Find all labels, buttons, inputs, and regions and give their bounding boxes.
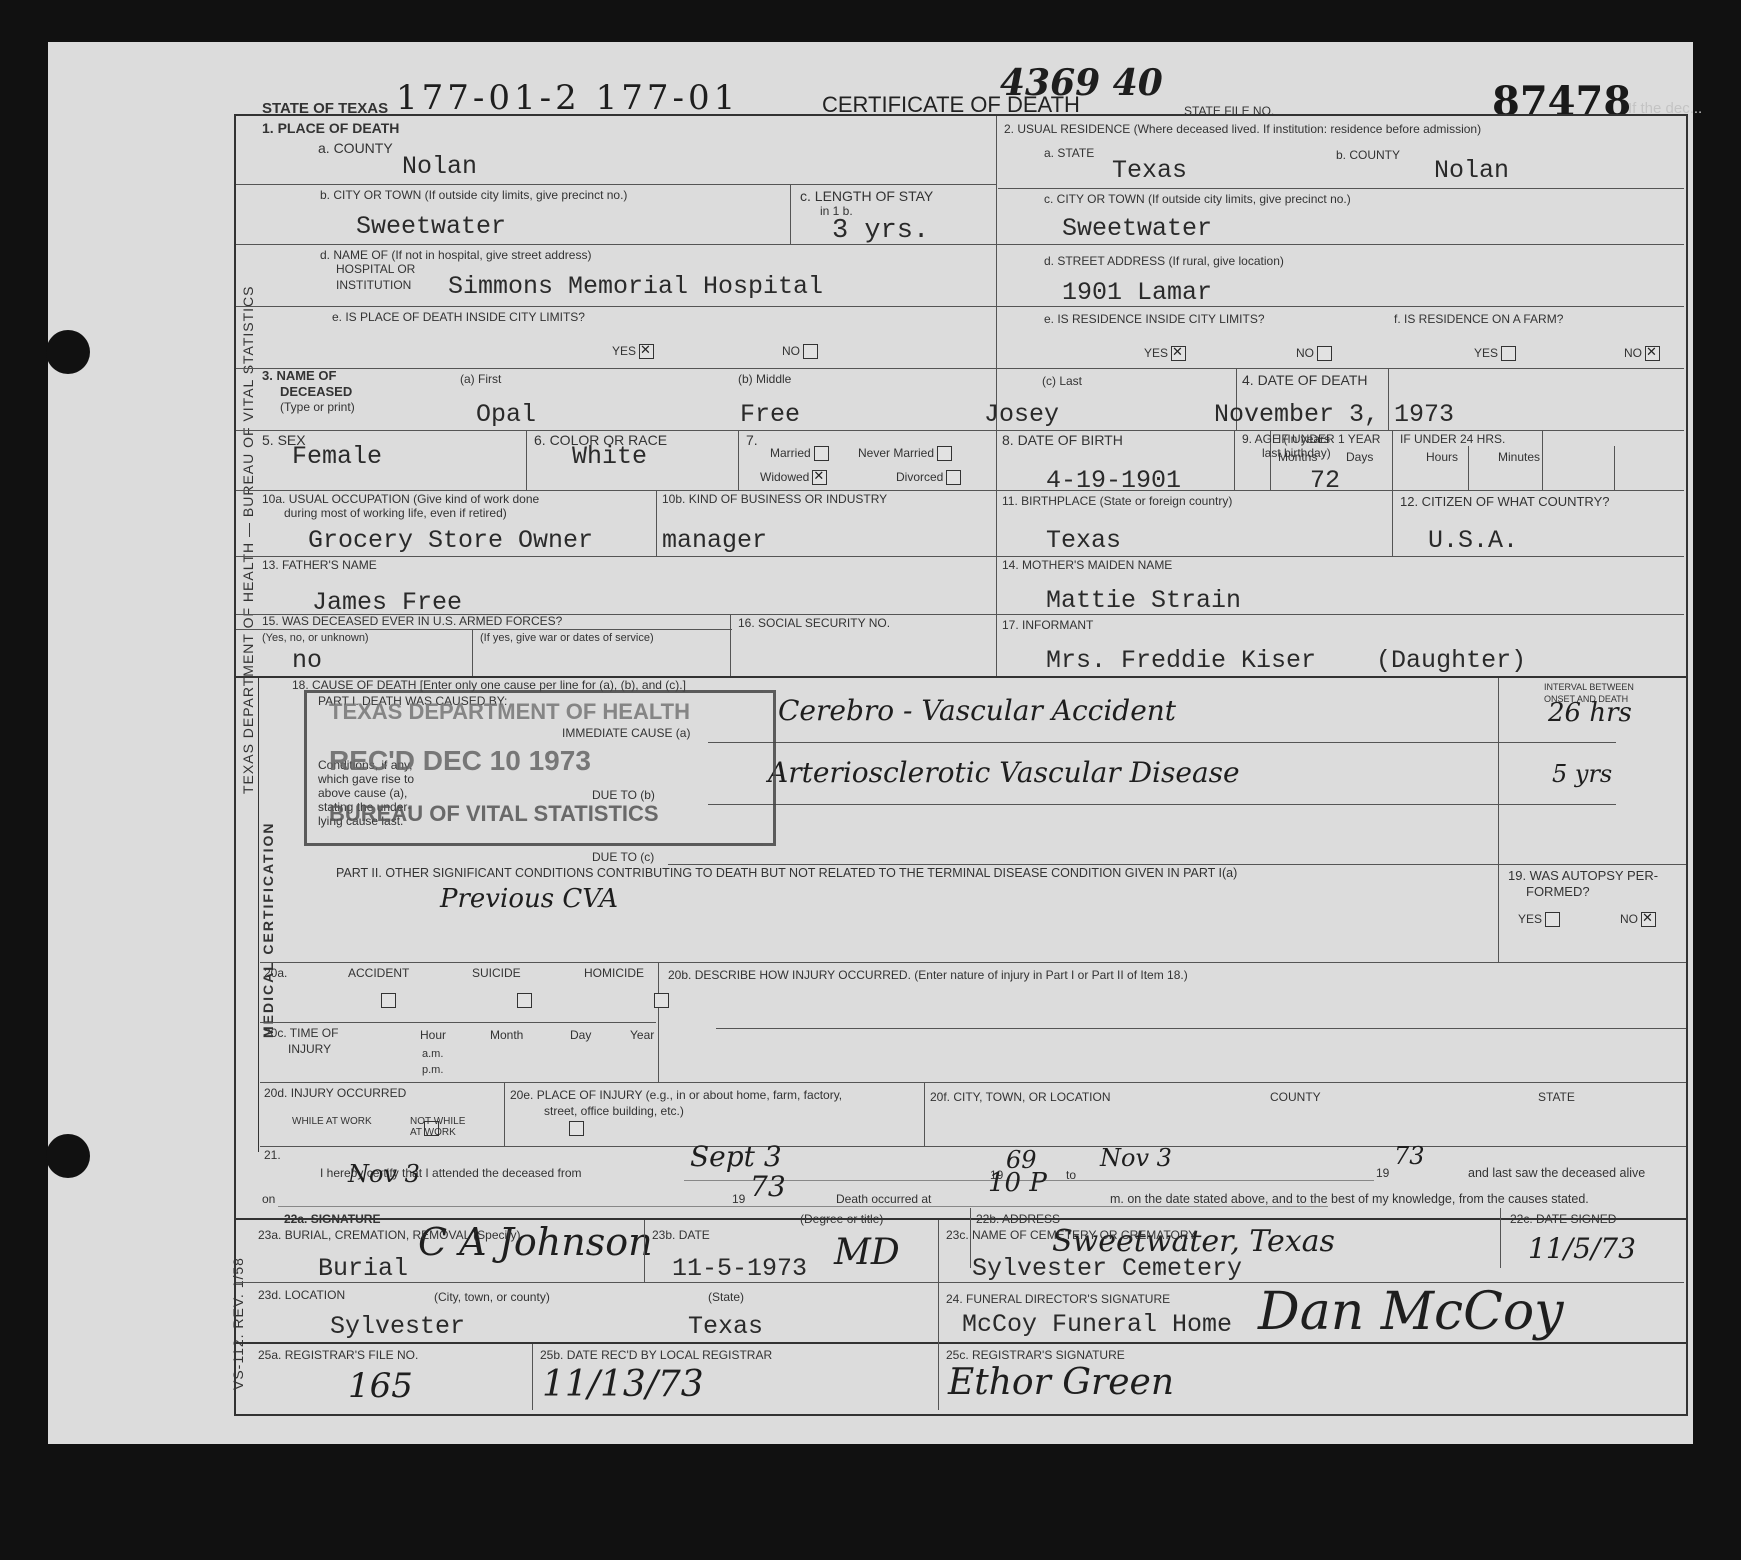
col-line [526,430,527,490]
marital-label: 7. [746,432,758,448]
name-label-1: 3. NAME OF [262,368,336,383]
widowed-option[interactable]: Widowed [760,470,827,485]
burial-date-label: 23b. DATE [652,1228,710,1242]
business-label: 10b. KIND OF BUSINESS OR INDUSTRY [662,492,887,506]
date-signed-label: 22c. DATE SIGNED [1510,1212,1616,1226]
occupation-label-2: during most of working life, even if ret… [284,506,507,520]
father-name-value[interactable]: James Free [312,588,462,617]
widowed-checkbox[interactable] [812,470,827,485]
registrar-file-label: 25a. REGISTRAR'S FILE NO. [258,1348,418,1362]
row-line [716,1028,1686,1029]
row-line [236,629,732,630]
death-inside-yes-checkbox[interactable] [639,344,654,359]
residence-inside-yes-checkbox[interactable] [1171,346,1186,361]
widowed-label: Widowed [760,470,809,484]
row-line [260,962,1686,963]
yes-label: YES [1518,912,1542,926]
injury-county-label: COUNTY [1270,1090,1321,1104]
registrar-signature[interactable]: Ethor Green [948,1362,1174,1403]
cert-text-2: and last saw the deceased alive [1468,1166,1645,1180]
minutes-label: Minutes [1498,450,1540,464]
no-label: NO [1624,346,1642,360]
farm-yes[interactable]: YES [1474,346,1516,361]
informant-value[interactable]: Mrs. Freddie Kiser (Daughter) [1046,646,1526,675]
business-value[interactable]: manager [662,526,767,555]
divorced-checkbox[interactable] [946,470,961,485]
funeral-director-label: 24. FUNERAL DIRECTOR'S SIGNATURE [946,1292,1170,1306]
ssn-label: 16. SOCIAL SECURITY NO. [738,616,890,630]
to-year-value[interactable]: 73 [1394,1142,1425,1170]
state-file-handwritten: 4369 40 [1000,62,1163,104]
row-line [236,184,996,185]
name-label-3: (Type or print) [280,400,355,414]
pm-label: p.m. [422,1064,443,1076]
residence-inside-yes[interactable]: YES [1144,346,1186,361]
middle-name-value[interactable]: Free [740,400,800,429]
location-state-value[interactable]: Texas [688,1312,763,1341]
armed-forces-sub-1: (Yes, no, or unknown) [262,632,369,644]
injury-20a-label: 20a. [264,966,287,980]
stamp-line-2: REC'D DEC 10 1973 [329,745,591,777]
farm-yes-checkbox[interactable] [1501,346,1516,361]
row-line [260,1022,656,1023]
degree-value[interactable]: MD [834,1232,900,1273]
place-of-death-label: 1. PLACE OF DEATH [262,120,399,136]
registrar-signature-label: 25c. REGISTRAR'S SIGNATURE [946,1348,1125,1362]
last-name-value[interactable]: Josey [984,400,1059,429]
not-while-at-work-label: NOT WHILE AT WORK [410,1116,465,1138]
row-line [998,188,1684,189]
residence-street-label: d. STREET ADDRESS (If rural, give locati… [1044,254,1284,268]
death-inside-yes[interactable]: YES [612,344,654,359]
injury-city-label: 20f. CITY, TOWN, OR LOCATION [930,1090,1110,1104]
medical-section-divider [258,678,259,1152]
yes-label: YES [1474,346,1498,360]
injury-20b-label: 20b. DESCRIBE HOW INJURY OCCURRED. (Ente… [668,968,1188,982]
punch-hole-top [46,330,90,374]
divorced-label: Divorced [896,470,943,484]
cert-text-3: m. on the date stated above, and to the … [1110,1192,1589,1206]
cause-line-c [668,864,1686,865]
birthplace-value[interactable]: Texas [1046,526,1121,555]
married-option[interactable]: Married [770,446,829,461]
death-city-label: b. CITY OR TOWN (If outside city limits,… [320,188,627,202]
interval-a-value[interactable]: 26 hrs [1548,698,1632,728]
on-year-prefix: 19 [732,1192,745,1206]
row-line [260,1146,1686,1147]
divorced-option[interactable]: Divorced [896,470,961,485]
col-line [1392,430,1393,556]
no-label: NO [1620,912,1638,926]
handwritten-codes: 177-01-2 177-01 [396,78,739,118]
registrar-date-label: 25b. DATE REC'D BY LOCAL REGISTRAR [540,1348,772,1362]
hospital-label-3: INSTITUTION [336,278,411,292]
cemetery-label: 23c. NAME OF CEMETERY OR CREMATORY [946,1228,1196,1242]
accident-label: ACCIDENT [348,966,409,980]
col-line [1614,446,1615,490]
residence-farm-label: f. IS RESIDENCE ON A FARM? [1394,312,1563,326]
residence-city-label: c. CITY OR TOWN (If outside city limits,… [1044,192,1351,206]
on-label: on [262,1192,275,1206]
col-line [1542,430,1543,490]
no-label: NO [1296,346,1314,360]
farm-no-checkbox[interactable] [1645,346,1660,361]
attended-to-value[interactable]: Nov 3 [1100,1144,1172,1172]
row-line [236,368,1684,369]
never-married-option[interactable]: Never Married [858,446,952,461]
residence-inside-no-checkbox[interactable] [1317,346,1332,361]
autopsy-no-checkbox[interactable] [1641,912,1656,927]
while-at-work-option[interactable]: WHILE AT WORK [292,1116,382,1127]
funeral-director-signature[interactable]: Dan McCoy [1258,1282,1564,1342]
funeral-home-value[interactable]: McCoy Funeral Home [962,1310,1232,1339]
col-line [1468,446,1469,490]
degree-label: (Degree or title) [800,1212,883,1226]
col-line [656,490,657,556]
no-label: NO [782,344,800,358]
interval-b-value[interactable]: 5 yrs [1552,760,1612,788]
never-married-label: Never Married [858,446,934,460]
occupation-label-1: 10a. USUAL OCCUPATION (Give kind of work… [262,492,539,506]
residence-label: 2. USUAL RESIDENCE (Where deceased lived… [1004,122,1481,136]
hour-label: Hour [420,1028,446,1042]
residence-city-value[interactable]: Sweetwater [1062,214,1212,243]
name-label-2: DECEASED [280,384,352,399]
place-of-injury-label-1: 20e. PLACE OF INJURY (e.g., in or about … [510,1088,842,1102]
residence-county-value[interactable]: Nolan [1434,156,1509,185]
burial-location-label: 23d. LOCATION [258,1288,345,1302]
date-signed-value[interactable]: 11/5/73 [1528,1232,1636,1265]
col-line [658,962,659,1082]
burial-date-value[interactable]: 11-5-1973 [672,1254,807,1283]
armed-forces-label: 15. WAS DECEASED EVER IN U.S. ARMED FORC… [262,614,562,628]
residence-street-value[interactable]: 1901 Lamar [1062,278,1212,307]
first-name-value[interactable]: Opal [476,400,536,429]
residence-state-label: a. STATE [1044,146,1094,160]
col-line [790,184,791,244]
part2-value[interactable]: Previous CVA [440,884,618,914]
armed-forces-value[interactable]: no [292,646,322,675]
date-of-death-value[interactable]: November 3, 1973 [1214,400,1454,429]
residence-state-value[interactable]: Texas [1112,156,1187,185]
length-of-stay-label: c. LENGTH OF STAY [800,188,933,204]
col-line [504,1082,505,1146]
location-city-label: (City, town, or county) [434,1290,550,1304]
registrar-date-value[interactable]: 11/13/73 [542,1364,704,1405]
burial-method-label: 23a. BURIAL, CREMATION, REMOVAL (Specify… [258,1228,521,1242]
days-label: Days [1346,450,1373,464]
year-label: Year [630,1028,654,1042]
row-line [236,556,1684,557]
row-line [236,306,1684,307]
not-while-at-work-checkbox[interactable] [569,1121,584,1136]
interval-col-line [1498,678,1499,962]
accident-checkbox[interactable] [381,993,396,1008]
death-county-label: a. COUNTY [318,140,393,156]
month-label: Month [490,1028,523,1042]
to-label: to [1066,1168,1076,1182]
death-county-value[interactable]: Nolan [402,152,477,181]
time-of-injury-label-1: 20c. TIME OF [264,1026,338,1040]
mother-name-value[interactable]: Mattie Strain [1046,586,1241,615]
yes-label: YES [1144,346,1168,360]
row-line [260,1082,1686,1083]
death-at-label: Death occurred at [836,1192,931,1206]
autopsy-yes-checkbox[interactable] [1545,912,1560,927]
signature-label: 22a. SIGNATURE [284,1212,380,1226]
mother-name-label: 14. MOTHER'S MAIDEN NAME [1002,558,1172,572]
race-value[interactable]: White [572,442,647,471]
death-certificate-page: If the dec... STATE OF TEXAS 177-01-2 17… [48,42,1693,1444]
never-married-checkbox[interactable] [937,446,952,461]
col-line [1234,430,1235,490]
married-checkbox[interactable] [814,446,829,461]
col-line [532,1344,533,1410]
on-year-value[interactable]: 73 [750,1170,786,1203]
fill-line [278,1206,1328,1207]
citizen-value[interactable]: U.S.A. [1428,526,1518,555]
punch-hole-bottom [46,1134,90,1178]
hospital-value[interactable]: Simmons Memorial Hospital [448,272,823,301]
death-inside-limits-label: e. IS PLACE OF DEATH INSIDE CITY LIMITS? [332,310,585,324]
location-state-label: (State) [708,1290,744,1304]
under-1-year-label: IF UNDER 1 YEAR [1278,432,1380,446]
registrar-file-value[interactable]: 165 [348,1366,413,1406]
col-line [996,116,997,676]
due-to-c-label: DUE TO (c) [592,850,654,864]
father-name-label: 13. FATHER'S NAME [262,558,377,572]
death-city-value[interactable]: Sweetwater [356,212,506,241]
autopsy-label-2: FORMED? [1526,884,1590,899]
death-time-value[interactable]: 10 P [988,1168,1047,1198]
col-line [938,1220,939,1410]
dob-value[interactable]: 4-19-1901 [1046,466,1181,495]
autopsy-label-1: 19. WAS AUTOPSY PER- [1508,868,1658,883]
cemetery-value[interactable]: Sylvester Cemetery [972,1254,1242,1283]
suicide-checkbox[interactable] [517,993,532,1008]
col-line [738,430,739,490]
residence-inside-limits-label: e. IS RESIDENCE INSIDE CITY LIMITS? [1044,312,1265,326]
cert-21-label: 21. [264,1148,281,1162]
citizen-label: 12. CITIZEN OF WHAT COUNTRY? [1400,494,1609,509]
length-of-stay-value[interactable]: 3 yrs. [832,216,929,246]
yes-label: YES [612,344,636,358]
first-name-label: (a) First [460,372,501,386]
dob-label: 8. DATE OF BIRTH [1002,432,1123,448]
homicide-checkbox[interactable] [654,993,669,1008]
col-line [1500,1208,1501,1268]
birthplace-label: 11. BIRTHPLACE (State or foreign country… [1002,494,1232,508]
physician-address-label: 22b. ADDRESS [976,1212,1060,1226]
place-of-injury-label-2: street, office building, etc.) [544,1104,684,1118]
under-24-hrs-label: IF UNDER 24 HRS. [1400,432,1505,446]
injury-state-label: STATE [1538,1090,1575,1104]
interval-label-1: INTERVAL BETWEEN [1544,682,1634,692]
hospital-label-1: d. NAME OF (If not in hospital, give str… [320,248,591,262]
informant-label: 17. INFORMANT [1002,618,1093,632]
stamp-line-1: TEXAS DEPARTMENT OF HEALTH [329,699,690,725]
hours-label: Hours [1426,450,1458,464]
row-line [236,244,1684,245]
received-stamp: TEXAS DEPARTMENT OF HEALTH REC'D DEC 10 … [304,690,776,846]
sex-value[interactable]: Female [292,442,382,471]
farm-no[interactable]: NO [1624,346,1660,361]
married-label: Married [770,446,811,460]
col-line [924,1082,925,1146]
col-line [472,629,473,676]
stamp-line-3: BUREAU OF VITAL STATISTICS [329,801,659,827]
death-inside-no[interactable]: NO [782,344,818,359]
last-seen-value[interactable]: Nov 3 [348,1160,420,1188]
location-city-value[interactable]: Sylvester [330,1312,465,1341]
while-at-work-label: WHILE AT WORK [292,1116,372,1127]
homicide-label: HOMICIDE [584,966,644,980]
time-of-injury-label-2: INJURY [288,1042,331,1056]
suicide-label: SUICIDE [472,966,521,980]
cause-a-value[interactable]: Cerebro - Vascular Accident [778,694,1176,727]
autopsy-no[interactable]: NO [1620,912,1656,927]
age-value[interactable]: 72 [1310,466,1340,495]
cause-line-b [708,804,1616,805]
day-label: Day [570,1028,591,1042]
months-label: Months [1278,450,1317,464]
date-of-death-label: 4. DATE OF DEATH [1242,372,1368,388]
registrar-section-top [234,1342,1686,1344]
burial-method-value[interactable]: Burial [318,1254,408,1283]
cause-line-a [708,742,1616,743]
am-label: a.m. [422,1048,443,1060]
part2-label: PART II. OTHER SIGNIFICANT CONDITIONS CO… [336,866,1237,880]
physician-signature[interactable]: C A Johnson [418,1220,653,1264]
attended-from-value[interactable]: Sept 3 [690,1140,782,1173]
occupation-value[interactable]: Grocery Store Owner [308,526,593,555]
death-inside-no-checkbox[interactable] [803,344,818,359]
last-name-label: (c) Last [1042,374,1082,388]
col-line [730,614,731,676]
residence-inside-no[interactable]: NO [1296,346,1332,361]
armed-forces-sub-2: (If yes, give war or dates of service) [480,632,654,644]
row-line [236,430,1684,431]
residence-county-label: b. COUNTY [1336,148,1400,162]
hospital-label-2: HOSPITAL OR [336,262,415,276]
col-line [644,1220,645,1282]
row-line [236,490,1684,491]
injury-occurred-label: 20d. INJURY OCCURRED [264,1086,406,1100]
middle-name-label: (b) Middle [738,372,791,386]
cause-b-value[interactable]: Arteriosclerotic Vascular Disease [768,756,1240,789]
autopsy-yes[interactable]: YES [1518,912,1560,927]
not-while-at-work-option[interactable]: NOT WHILE AT WORK [410,1116,470,1138]
to-year-prefix: 19 [1376,1166,1389,1180]
